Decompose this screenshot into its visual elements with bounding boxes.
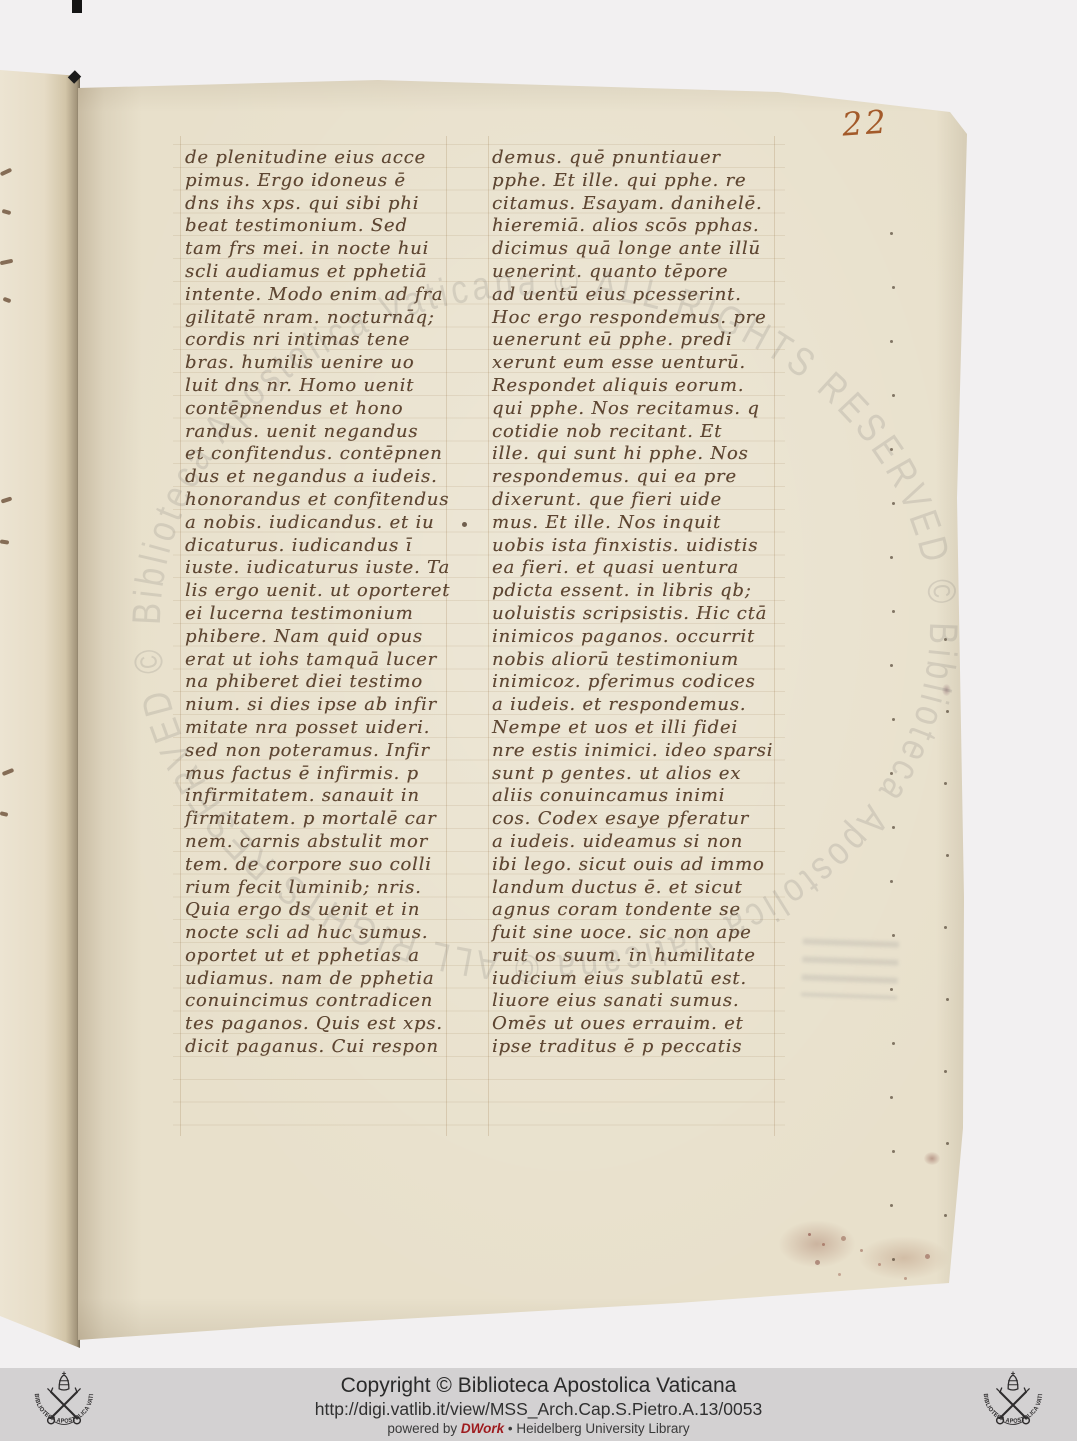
- facing-page-edge: [0, 70, 80, 1348]
- manuscript-line: nocte scli ad huc sumus.: [185, 922, 485, 945]
- manuscript-line: ibi lego. sicut ouis ad immo: [492, 854, 802, 877]
- manuscript-line: phibere. Nam quid opus: [185, 626, 485, 649]
- pricking-hole: [892, 1042, 895, 1045]
- manuscript-line: contēpnendus et hono: [185, 398, 485, 421]
- manuscript-line: beat testimonium. Sed: [185, 215, 485, 238]
- manuscript-line: infirmitatem. sanauit in: [185, 785, 485, 808]
- column-guide-line: [488, 136, 489, 1136]
- manuscript-line: mus. Et ille. Nos inquit: [492, 512, 802, 535]
- manuscript-line: qui pphe. Nos recitamus. q: [492, 398, 802, 421]
- manuscript-line: dicit paganus. Cui respon: [185, 1036, 485, 1059]
- manuscript-line: de plenitudine eius acce: [185, 147, 485, 170]
- manuscript-line: sed non poteramus. Infir: [185, 740, 485, 763]
- manuscript-line: inimicos paganos. occurrit: [492, 626, 802, 649]
- powered-by-text: powered by DWork • Heidelberg University…: [387, 1421, 689, 1436]
- manuscript-line: demus. quē pnuntiauer: [492, 147, 802, 170]
- manuscript-line: cotidie nob recitant. Et: [492, 421, 802, 444]
- pricking-hole: [890, 1204, 893, 1207]
- verso-bleed-through: [801, 938, 899, 999]
- copyright-text: Copyright © Biblioteca Apostolica Vatica…: [341, 1374, 737, 1398]
- pricking-hole: [890, 880, 893, 883]
- footer-bar: BIBLIOTECA APOSTOLICA VATICANA BIBLIOTEC…: [0, 1368, 1077, 1441]
- manuscript-line: mitate nra posset uideri.: [185, 717, 485, 740]
- pricking-hole: [892, 502, 895, 505]
- manuscript-line: nobis aliorū testimonium: [492, 649, 802, 672]
- manuscript-line: ea fieri. et quasi uentura: [492, 557, 802, 580]
- manuscript-line: rium fecit luminib; nris.: [185, 877, 485, 900]
- manuscript-line: uenerunt eū pphe. predi: [492, 329, 802, 352]
- manuscript-line: agnus coram tondente se: [492, 899, 802, 922]
- pricking-hole: [892, 718, 895, 721]
- pricking-hole: [890, 340, 893, 343]
- manuscript-line: cordis nri intimas tene: [185, 329, 485, 352]
- manuscript-line: mus factus ē infirmis. p: [185, 763, 485, 786]
- pricking-hole: [944, 638, 947, 641]
- manuscript-line: citamus. Esayam. danihelē.: [492, 193, 802, 216]
- pricking-hole: [944, 1214, 947, 1217]
- manuscript-line: xerunt eum esse uenturū.: [492, 352, 802, 375]
- manuscript-line: honorandus et confitendus: [185, 489, 485, 512]
- facing-page-ink-fragment: [0, 259, 13, 266]
- manuscript-line: uoluistis scripsistis. Hic ctā: [492, 603, 802, 626]
- manuscript-line: pimus. Ergo idoneus ē: [185, 170, 485, 193]
- manuscript-line: udiamus. nam de pphetia: [185, 968, 485, 991]
- facing-page-ink-fragment: [0, 811, 8, 817]
- column-guide-line: [180, 136, 181, 1136]
- manuscript-line: cos. Codex esaye pferatur: [492, 808, 802, 831]
- pricking-hole: [944, 926, 947, 929]
- manuscript-line: dixerunt. que fieri uide: [492, 489, 802, 512]
- manuscript-line: hieremiā. alios scōs pphas.: [492, 215, 802, 238]
- pricking-hole: [892, 826, 895, 829]
- pricking-hole: [892, 394, 895, 397]
- pricking-hole: [892, 1258, 895, 1261]
- manuscript-line: sunt p gentes. ut alios ex: [492, 763, 802, 786]
- text-column-left: de plenitudine eius accepimus. Ergo idon…: [185, 147, 485, 1059]
- parchment-stain: [858, 1236, 950, 1280]
- manuscript-line: Quia ergo ds uenit et in: [185, 899, 485, 922]
- manuscript-line: aliis conuincamus inimi: [492, 785, 802, 808]
- scan-edge-mark: [72, 0, 82, 13]
- manuscript-viewer-page: { "page": { "folio_number": "22" }, "man…: [0, 0, 1077, 1441]
- manuscript-line: ad uentū eius pcesserint.: [492, 284, 802, 307]
- source-url: http://digi.vatlib.it/view/MSS_Arch.Cap.…: [315, 1399, 762, 1420]
- facing-page-ink-fragment: [3, 297, 12, 303]
- manuscript-line: iudicium eius sublatū est.: [492, 968, 802, 991]
- manuscript-line: intente. Modo enim ad fra: [185, 284, 485, 307]
- manuscript-line: landum ductus ē. et sicut: [492, 877, 802, 900]
- manuscript-line: Respondet aliquis eorum.: [492, 375, 802, 398]
- powered-prefix: powered by: [387, 1421, 461, 1436]
- parchment-stain: [942, 684, 951, 696]
- manuscript-line: uobis ista finxistis. uidistis: [492, 535, 802, 558]
- manuscript-line: pdicta essent. in libris qb;: [492, 580, 802, 603]
- manuscript-line: iuste. iudicaturus iuste. Ta: [185, 557, 485, 580]
- manuscript-line: conuincimus contradicen: [185, 990, 485, 1013]
- manuscript-line: tam frs mei. in nocte hui: [185, 238, 485, 261]
- pricking-hole: [892, 610, 895, 613]
- manuscript-line: lis ergo uenit. ut oporteret: [185, 580, 485, 603]
- manuscript-line: dicaturus. iudicandus ī: [185, 535, 485, 558]
- manuscript-line: tes paganos. Quis est xps.: [185, 1013, 485, 1036]
- text-column-right: demus. quē pnuntiauerpphe. Et ille. qui …: [492, 147, 802, 1059]
- manuscript-line: erat ut iohs tamquā lucer: [185, 649, 485, 672]
- manuscript-line: bras. humilis uenire uo: [185, 352, 485, 375]
- scan-area: de plenitudine eius accepimus. Ergo idon…: [0, 0, 1077, 1368]
- pricking-hole: [890, 1096, 893, 1099]
- manuscript-line: oportet ut et pphetias a: [185, 945, 485, 968]
- manuscript-line: Nempe et uos et illi fidei: [492, 717, 802, 740]
- manuscript-line: a nobis. iudicandus. et iu: [185, 512, 485, 535]
- manuscript-page: de plenitudine eius accepimus. Ergo idon…: [78, 78, 970, 1344]
- manuscript-line: dicimus quā longe ante illū: [492, 238, 802, 261]
- manuscript-line: nem. carnis abstulit mor: [185, 831, 485, 854]
- manuscript-line: ruit os suum. in humilitate: [492, 945, 802, 968]
- manuscript-line: ei lucerna testimonium: [185, 603, 485, 626]
- facing-page-ink-fragment: [1, 496, 13, 503]
- manuscript-line: nre estis inimici. ideo sparsi: [492, 740, 802, 763]
- pricking-hole: [890, 448, 893, 451]
- manuscript-line: tem. de corpore suo colli: [185, 854, 485, 877]
- pricking-hole: [944, 782, 947, 785]
- pricking-hole: [890, 556, 893, 559]
- pricking-hole: [890, 232, 893, 235]
- manuscript-line: fuit sine uoce. sic non ape: [492, 922, 802, 945]
- facing-page-ink-fragment: [2, 768, 15, 776]
- pricking-hole: [892, 934, 895, 937]
- folio-number: 22: [841, 102, 890, 143]
- dwork-brand: DWork: [461, 1421, 504, 1436]
- pricking-hole: [890, 772, 893, 775]
- manuscript-line: luit dns nr. Homo uenit: [185, 375, 485, 398]
- separator-bullet: •: [504, 1421, 516, 1436]
- manuscript-line: Hoc ergo respondemus. pre: [492, 307, 802, 330]
- pricking-hole: [892, 1150, 895, 1153]
- pricking-hole: [946, 854, 949, 857]
- pricking-hole: [946, 1142, 949, 1145]
- manuscript-line: firmitatem. p mortalē car: [185, 808, 485, 831]
- manuscript-line: dns ihs xps. qui sibi phi: [185, 193, 485, 216]
- pricking-hole: [946, 998, 949, 1001]
- manuscript-line: dus et negandus a iudeis.: [185, 466, 485, 489]
- manuscript-line: na phiberet diei testimo: [185, 671, 485, 694]
- manuscript-line: Omēs ut oues errauim. et: [492, 1013, 802, 1036]
- manuscript-line: gilitatē nram. nocturnāq;: [185, 307, 485, 330]
- parchment-stain: [778, 1220, 856, 1268]
- parchment-speckles: [808, 1233, 811, 1236]
- manuscript-line: pphe. Et ille. qui pphe. re: [492, 170, 802, 193]
- manuscript-line: uenerint. quanto tēpore: [492, 261, 802, 284]
- powered-suffix: Heidelberg University Library: [516, 1421, 689, 1436]
- manuscript-line: randus. uenit negandus: [185, 421, 485, 444]
- manuscript-line: a iudeis. et respondemus.: [492, 694, 802, 717]
- pricking-hole: [944, 1070, 947, 1073]
- manuscript-line: nium. si dies ipse ab infir: [185, 694, 485, 717]
- parchment-stain: [924, 1152, 940, 1165]
- manuscript-line: liuore eius sanati sumus.: [492, 990, 802, 1013]
- pricking-hole: [890, 988, 893, 991]
- facing-page-ink-fragment: [0, 168, 12, 177]
- facing-page-ink-fragment: [0, 539, 9, 544]
- pricking-hole: [890, 664, 893, 667]
- manuscript-line: respondemus. qui ea pre: [492, 466, 802, 489]
- facing-page-ink-fragment: [2, 209, 12, 215]
- manuscript-line: a iudeis. uideamus si non: [492, 831, 802, 854]
- paragraph-dot: [462, 522, 467, 527]
- manuscript-line: inimicoz. pferimus codices: [492, 671, 802, 694]
- manuscript-line: et confitendus. contēpnen: [185, 443, 485, 466]
- pricking-hole: [890, 1312, 893, 1315]
- pricking-hole: [946, 710, 949, 713]
- manuscript-line: ipse traditus ē p peccatis: [492, 1036, 802, 1059]
- manuscript-line: scli audiamus et pphetiā: [185, 261, 485, 284]
- manuscript-line: ille. qui sunt hi pphe. Nos: [492, 443, 802, 466]
- pricking-hole: [892, 286, 895, 289]
